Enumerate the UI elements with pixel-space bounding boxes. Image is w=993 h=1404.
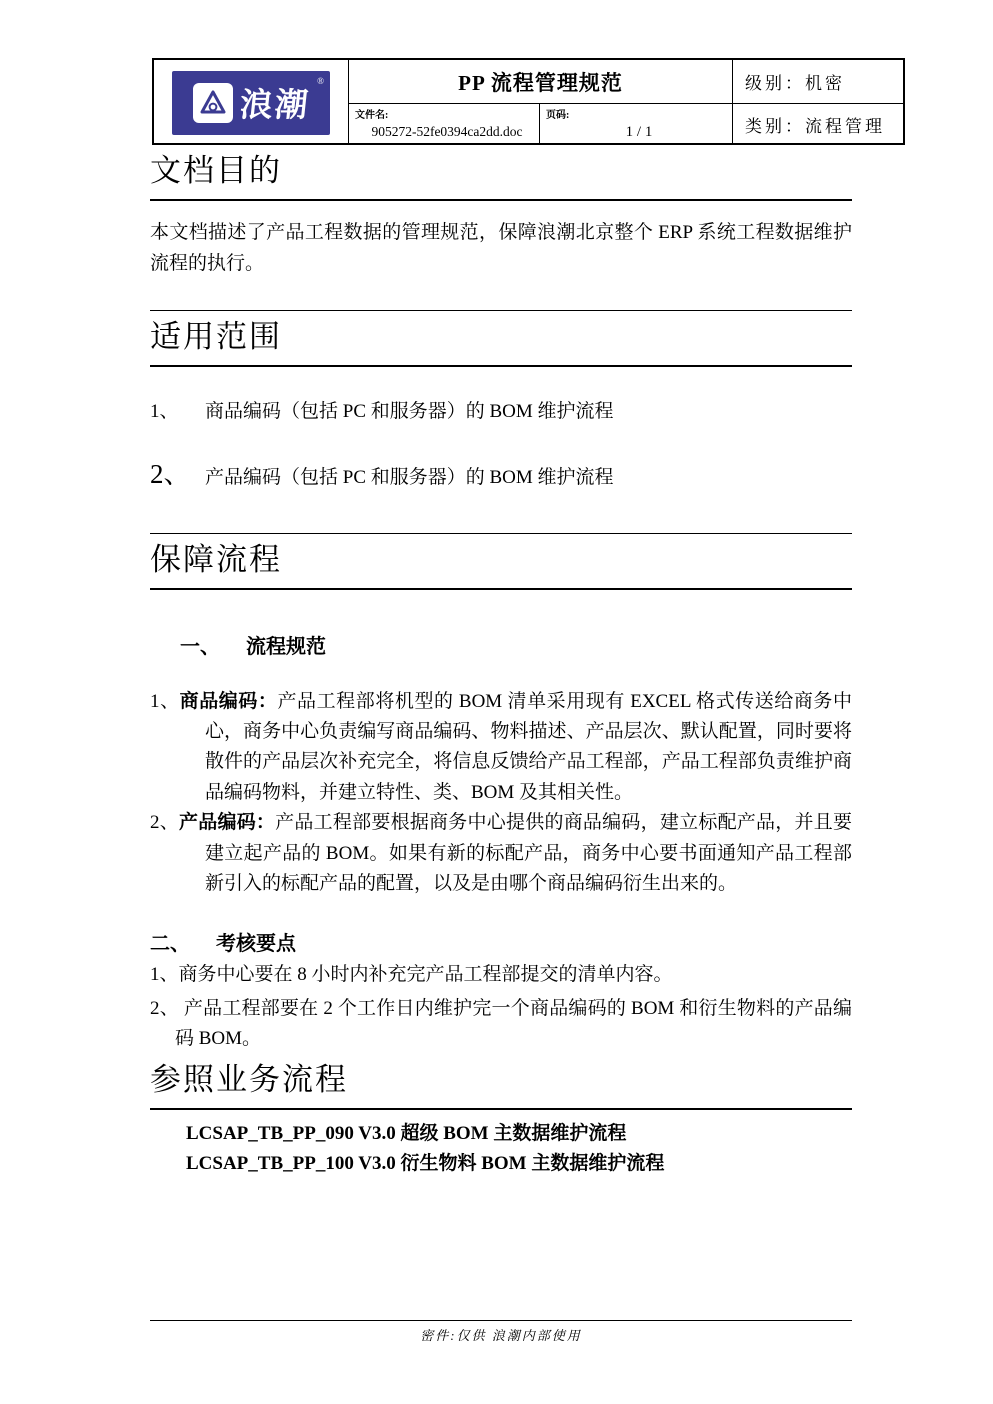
subsection-number: 二、 (150, 933, 190, 955)
process-item: 1、商品编码：产品工程部将机型的 BOM 清单采用现有 EXCEL 格式传送给商… (150, 687, 852, 809)
list-item-text: 商品编码（包括 PC 和服务器）的 BOM 维护流程 (205, 396, 614, 423)
list-item-text: 产品编码（包括 PC 和服务器）的 BOM 维护流程 (205, 462, 614, 489)
subsection-title-assessment: 二、考核要点 (150, 927, 852, 956)
process-item-text: 产品工程部要根据商务中心提供的商品编码，建立标配产品，并且要建立起产品的 BOM… (205, 812, 852, 894)
process-item-lead: 商品编码： (180, 691, 278, 712)
section-heading-purpose: 文档目的 (150, 145, 852, 201)
reference-line: LCSAP_TB_PP_100 V3.0 衍生物料 BOM 主数据维护流程 (186, 1149, 852, 1178)
subsection-label: 考核要点 (216, 933, 296, 955)
list-item: 1、 商品编码（包括 PC 和服务器）的 BOM 维护流程 (150, 396, 852, 423)
assessment-item: 1、商务中心要在 8 小时内补充完产品工程部提交的清单内容。 (150, 960, 852, 990)
purpose-paragraph: 本文档描述了产品工程数据的管理规范，保障浪潮北京整个 ERP 系统工程数据维护流… (150, 217, 852, 280)
reference-line: LCSAP_TB_PP_090 V3.0 超级 BOM 主数据维护流程 (186, 1119, 852, 1148)
section-heading-process: 保障流程 (150, 534, 852, 590)
process-item-lead: 产品编码： (179, 812, 275, 833)
process-item: 2、产品编码：产品工程部要根据商务中心提供的商品编码，建立标配产品，并且要建立起… (150, 808, 852, 899)
subsection-title-process-spec: 一、流程规范 (150, 630, 852, 659)
list-item-number: 1、 (150, 396, 205, 423)
subsection-label: 流程规范 (246, 636, 326, 658)
process-item-text: 产品工程部将机型的 BOM 清单采用现有 EXCEL 格式传送给商务中心，商务中… (205, 691, 852, 803)
footer-confidential-text: 密件:仅供 浪潮内部使用 (150, 1325, 852, 1344)
subsection-number: 一、 (180, 636, 220, 658)
process-item-number: 1、 (150, 691, 180, 712)
section-heading-references: 参照业务流程 (150, 1054, 852, 1110)
section-heading-scope: 适用范围 (150, 311, 852, 367)
list-item-number: 2、 (150, 452, 205, 491)
assessment-item: 2、 产品工程部要在 2 个工作日内维护完一个商品编码的 BOM 和衍生物料的产… (150, 994, 852, 1054)
list-item: 2、 产品编码（包括 PC 和服务器）的 BOM 维护流程 (150, 452, 852, 491)
process-item-number: 2、 (150, 812, 179, 833)
document-page: 浪潮 ® PP 流程管理规范 文件名: 905272-52fe0394ca2dd… (0, 0, 993, 1404)
page-footer: 密件:仅供 浪潮内部使用 (150, 1320, 852, 1344)
